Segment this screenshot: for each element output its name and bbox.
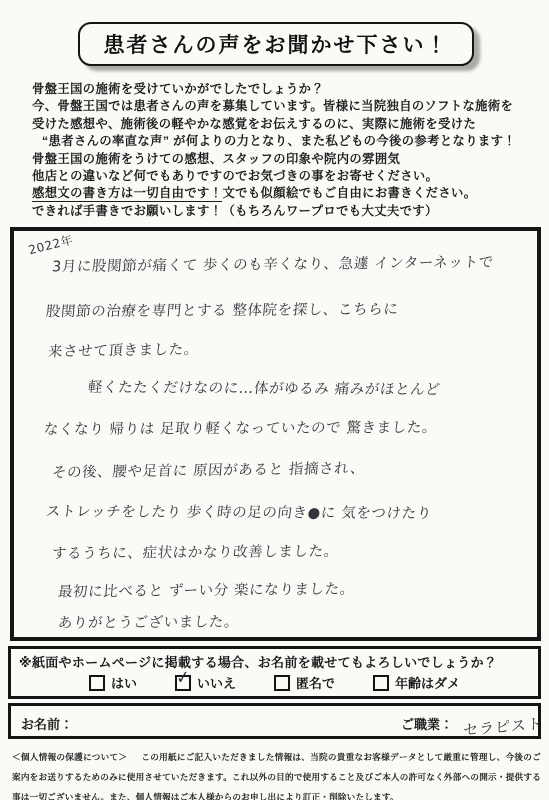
intro-line-rest: 文でも似顔絵でもご自由にお書きください。	[222, 186, 476, 200]
intro-line-free-style: 感想文の書き方は一切自由です！文でも似顔絵でもご自由にお書きください。	[32, 185, 533, 202]
patient-feedback-form-scan: 患者さんの声をお聞かせ下さい！ 骨盤王国の施術を受けていかがでしたでしょうか？ …	[0, 0, 549, 800]
handwritten-feedback-area: 2022年 3月に股関節が痛くて 歩くのも辛くなり、急遽 インターネットで 股関…	[10, 227, 541, 641]
feedback-line: ありがとうございました。	[57, 611, 240, 633]
feedback-line: なくなり 帰りは 足取り軽くなっていたので 驚きました。	[43, 416, 438, 439]
form-title: 患者さんの声をお聞かせ下さい！	[104, 29, 449, 59]
checkbox-icon[interactable]: ✓	[89, 675, 105, 691]
checkbox-icon[interactable]: ✓	[373, 675, 389, 691]
checkbox-label: 年齢はダメ	[395, 673, 460, 692]
consent-options: ✓ はい ✓ いいえ ✓ 匿名で ✓ 年齢はダメ	[19, 673, 530, 692]
checkbox-option-no-age[interactable]: ✓ 年齢はダメ	[373, 673, 460, 692]
name-occupation-section: お名前： ご職業： セラピスト	[8, 703, 541, 739]
consent-section: ※紙面やホームページに掲載する場合、お名前を載せてもよろしいでしょうか？ ✓ は…	[8, 646, 541, 699]
checkbox-label: いいえ	[197, 673, 236, 692]
feedback-line: 軽くたたくだけなのに…体がゆるみ 痛みがほとんど	[87, 376, 442, 399]
feedback-line: 3月に股関節が痛くて 歩くのも辛くなり、急遽 インターネットで	[51, 251, 494, 277]
intro-line: 他店との違いなど何でもありですのでお気づきの事をお寄せください。	[32, 168, 533, 185]
consent-question: ※紙面やホームページに掲載する場合、お名前を載せてもよろしいでしょうか？	[19, 652, 530, 671]
form-title-box: 患者さんの声をお聞かせ下さい！	[78, 22, 474, 66]
checkbox-label: はい	[111, 673, 137, 692]
feedback-line: 最初に比べると ずーい分 楽になりました。	[57, 578, 355, 602]
intro-paragraph: 骨盤王国の施術を受けていかがでしたでしょうか？ 今、骨盤王国では患者さんの声を募…	[32, 81, 533, 220]
checkbox-option-no[interactable]: ✓ いいえ	[175, 673, 236, 692]
checkbox-label: 匿名で	[296, 673, 335, 692]
checkmark-icon: ✓	[175, 667, 192, 689]
privacy-note: ＜個人情報の保護について＞この用紙にご記入いただきました情報は、当院の貴重なお客…	[12, 747, 541, 800]
checkbox-option-anonymous[interactable]: ✓ 匿名で	[274, 673, 335, 692]
feedback-line: するうちに、症状はかなり改善しました。	[51, 540, 340, 564]
privacy-heading: ＜個人情報の保護について＞	[12, 752, 127, 762]
intro-line: 骨盤王国の施術を受けていかがでしたでしょうか？	[32, 81, 533, 98]
checkbox-icon[interactable]: ✓	[274, 675, 290, 691]
intro-line: 骨盤王国の施術をうけての感想、スタッフの印象や院内の雰囲気	[32, 151, 533, 168]
intro-line-closing: できれば手書きでお願いします！（もちろんワープロでも大丈夫です）	[32, 203, 533, 220]
occupation-field-value: セラピスト	[463, 713, 543, 741]
name-field-label: お名前：	[21, 714, 73, 733]
intro-line: “患者さんの率直な声” が何よりの力となり、また私どもの今後の参考となります！	[32, 133, 533, 150]
feedback-line: 股関節の治療を専門とする 整体院を探し、こちらに	[45, 298, 399, 321]
feedback-line: 来させて頂きました。	[47, 338, 199, 362]
intro-line: 今、骨盤王国では患者さんの声を募集しています。皆様に当院独自のソフトな施術を	[32, 98, 533, 115]
feedback-line: その後、腰や足首に 原因があると 指摘され、	[51, 457, 366, 482]
checkbox-option-yes[interactable]: ✓ はい	[89, 673, 137, 692]
occupation-field-label: ご職業：	[401, 714, 453, 733]
underlined-text: 感想文の書き方は一切自由です！	[32, 186, 222, 202]
feedback-line: ストレッチをしたり 歩く時の足の向き●に 気をつけたり	[45, 500, 433, 523]
checkbox-icon[interactable]: ✓	[175, 675, 191, 691]
intro-line: 受けた感想や、施術後の軽やかな感覚をお伝えするのに、実際に施術を受けた	[32, 116, 533, 133]
